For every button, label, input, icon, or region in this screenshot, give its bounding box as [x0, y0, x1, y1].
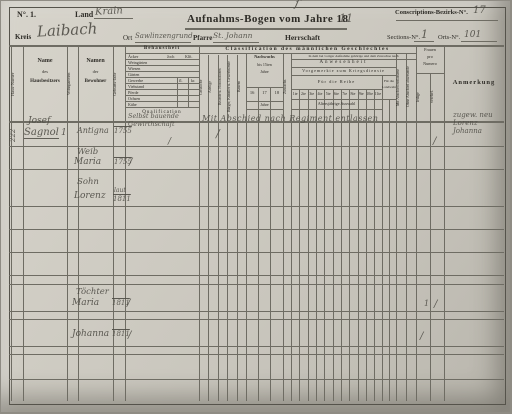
behaustheit-item: Wiesen [128, 66, 140, 71]
class-cell: 4te [316, 91, 324, 96]
vorgemerkte-band: Vorgemerkte zum Kriegsdienste [291, 68, 396, 73]
frauen-box-title2: pro [416, 54, 444, 59]
landwehr-box-line2: Landwehr [382, 85, 396, 89]
class-column-adelige: Adelige [208, 55, 218, 119]
ort-label: Ort [123, 34, 132, 42]
class-column-beamte: Beamte u. Honoratioren [218, 55, 227, 119]
reihe-band: Für die Reihe [291, 79, 382, 84]
grid-hline [125, 107, 199, 108]
grid-vline [78, 45, 79, 401]
hw-resident-1-name: Antigna [77, 126, 109, 135]
nachwuchs-age-cells: 16 17 18 [246, 90, 283, 95]
class-cell: 10te [365, 91, 373, 96]
grid-vline [389, 99, 390, 401]
gewerbe-kr-unit: kr. [191, 78, 195, 83]
class-number-cells: 1te 2te 3te 4te 5te 6te 7te 8te 9te 10te… [291, 91, 382, 96]
gewerbe-mini-title: Gewerbe [128, 78, 143, 83]
hw-resident-2-relation: Weib [77, 147, 98, 157]
anwesenheit-band: Anwesenheit [291, 60, 396, 65]
scanned-census-form: N°. 1. Land Krain Aufnahms-Bogen vom Jah… [0, 0, 512, 414]
hw-land-value: Krain [95, 5, 123, 17]
grid-hline [291, 75, 396, 76]
hw-pfarre-value: St. Johann [213, 31, 252, 40]
behaustheit-title: Behaustheit [125, 46, 199, 51]
hw-resident-3-relation: Sohn [77, 177, 99, 187]
behaustheit-unit-klafter: Klft. [185, 54, 192, 59]
hw-owner-first-name: Josef [28, 116, 50, 126]
grid-hline [246, 87, 283, 88]
grid-vline [177, 77, 178, 107]
hw-sections-value: 1 [421, 28, 428, 41]
herrschaft-label: Herrschaft [285, 33, 320, 42]
gewerbe-fl-unit: fl. [179, 78, 182, 83]
household-parties-column-header: Wohnparteien [67, 49, 78, 119]
hw-resident-4-count-mark: 1 [424, 299, 429, 308]
frauen-box-title3: Numero [416, 61, 444, 66]
grid-hline [9, 284, 504, 285]
zuwachs-column-header: Zuwachs [283, 55, 291, 119]
grid-hline [291, 89, 382, 90]
absent-with-discharge-column: Mit Abschied entlassene [396, 55, 406, 119]
owner-column-header-1: Name [23, 58, 67, 64]
grid-hline [213, 42, 259, 43]
grid-hline [461, 41, 497, 42]
hw-resident-5-right-checkmark: / [420, 331, 423, 342]
hw-qualification-checkmark: / [168, 137, 171, 147]
nachwuchs-sub2: Jahre [246, 69, 283, 74]
class-column-geistliche: Geistliche [199, 55, 208, 119]
hw-remark-checkmark: / [433, 136, 436, 147]
grid-hline [9, 206, 504, 207]
hw-class-checkmark: / [216, 127, 220, 140]
page-title: Aufnahms-Bogen vom Jahre 18 [187, 13, 349, 25]
nachwuchs-sub1: bis 15ten [246, 62, 283, 67]
anmerkung-column-header: Anmerkung [444, 79, 504, 86]
hw-ort-value: Sawlinzengrund [135, 32, 193, 40]
frauen-married-column: verehel. [430, 75, 444, 119]
class-column-bauern: Bauern [237, 55, 246, 119]
class-cell: 5te [324, 91, 332, 96]
grid-hline [396, 20, 498, 21]
grid-hline [291, 109, 382, 110]
orts-label: Orts-N°. [438, 34, 460, 41]
vieh-row: Kühe [128, 102, 137, 107]
hw-remark-line3: Johanna [453, 127, 482, 135]
vieh-row: Viehstand [128, 84, 144, 89]
hw-qualification-line2: Gewirthschaft [128, 120, 175, 128]
hw-parties-count: 1 [61, 128, 67, 138]
grid-hline [9, 354, 504, 355]
grid-hline [9, 252, 504, 253]
behaustheit-unit-joch: Joch [167, 54, 174, 59]
grid-hline [135, 42, 191, 43]
grid-hline [9, 311, 504, 312]
hw-title-year: 11 [339, 12, 353, 25]
hw-kreis-value: Laibach [37, 19, 98, 40]
hw-resident-4-name: Maria [72, 298, 99, 308]
frauen-box-title1: Frauen [416, 47, 444, 52]
class-column-gewerbsleute: Bürger, Künstler u. Gewerbsleute [227, 55, 237, 119]
hw-orts-value: 101 [464, 30, 481, 40]
grid-hline [9, 275, 504, 276]
hw-resident-3-note: laut [114, 187, 126, 194]
grid-hline [185, 28, 347, 30]
class-cell: 2te [299, 91, 307, 96]
vieh-row: Ochsen [128, 96, 140, 101]
class-cell: 3te [308, 91, 316, 96]
grid-vline [23, 45, 24, 401]
grid-hline [416, 73, 444, 74]
form-number: N°. 1. [17, 10, 36, 19]
house-number-column-header: Haus-Numer [11, 49, 23, 119]
owner-column-header-3: Hausbesitzers [23, 79, 67, 84]
hw-owner-last-name: Sagnol [24, 127, 59, 139]
grid-hline [9, 319, 504, 320]
landwehr-box-line1: Für die [382, 79, 396, 83]
behaustheit-item: Gärten [128, 72, 139, 77]
grid-hline [9, 379, 504, 380]
owner-column-header-2: des [23, 69, 67, 74]
residents-column-header-3: Bewohner [78, 79, 113, 84]
hw-resident-2-name: Maria [74, 157, 101, 167]
hw-resident-3-birthyear: 1811 [113, 195, 131, 203]
hw-resident-1-birthyear: 1755 [114, 127, 132, 135]
class-cell: 11te [374, 91, 382, 96]
kreis-label: Kreis [15, 33, 31, 41]
nachwuchs-band: Jahre [246, 102, 283, 107]
land-label: Land [75, 10, 93, 19]
pfarre-label: Pfarre [193, 34, 212, 42]
classification-title: Classification des männlichen Geschlecht… [199, 46, 416, 52]
behaustheit-item: Weingärten [128, 60, 147, 65]
paper-sheet: N°. 1. Land Krain Aufnahms-Bogen vom Jah… [1, 1, 510, 412]
hw-resident-5-name: Johanna [72, 329, 109, 339]
residents-column-header-1: Namen [78, 58, 113, 64]
hw-resident-2-checkmark: / [129, 157, 132, 168]
grid-hline [246, 109, 283, 110]
age-cell: 16 [246, 90, 258, 95]
hw-resident-4-checkmark: / [127, 298, 130, 309]
grid-vline [188, 77, 189, 107]
grid-hline [94, 18, 133, 19]
residents-column-header-2: der [78, 69, 113, 74]
class-cell: 1te [291, 91, 299, 96]
hw-qualification-line1: Selbst bauende [128, 112, 179, 120]
class-cell: 8te [349, 91, 357, 96]
birth-year-column-header: Geburts-Jahr [113, 49, 125, 119]
frauen-single-column: ledige [416, 75, 430, 119]
hw-resident-4-right-checkmark: / [434, 299, 437, 310]
absent-without-discharge-column: Ohne Abschied abwesende [406, 55, 416, 119]
grid-hline [414, 41, 434, 42]
hw-house-number: 222 [10, 125, 22, 145]
behaustheit-item: Äcker [128, 54, 138, 59]
grid-vline [382, 75, 383, 401]
hw-resident-4-relation: Töchter [76, 287, 109, 297]
hw-discharge-note: Mit Abschied nach Regiment entlassen [202, 114, 378, 123]
grid-vline [444, 45, 445, 401]
conscription-district-label: Conscriptions-Bezirks-N°. [395, 9, 468, 16]
age-cell: 17 [258, 90, 270, 95]
sections-label: Sections-N°. [387, 34, 420, 41]
hw-remark-line2: Lorenz [453, 119, 478, 127]
vieh-row: Pferde [128, 90, 138, 95]
hw-resident-5-checkmark: / [128, 330, 131, 341]
grid-hline [9, 229, 504, 230]
auswahl-band: Altersjährige Auswahl [291, 101, 382, 106]
grid-hline [291, 99, 396, 100]
grid-hline [9, 169, 504, 170]
grid-vline [125, 45, 126, 401]
nachwuchs-title: Nachwuchs [246, 54, 283, 59]
hw-conscription-district-value: 17 [473, 5, 486, 16]
grid-hline [9, 346, 504, 347]
class-cell: 7te [341, 91, 349, 96]
class-cell: 9te [357, 91, 365, 96]
hw-remark-line1: zugew. neu [453, 111, 493, 119]
hw-resident-3-name: Lorenz [74, 191, 106, 201]
class-cell: 6te [332, 91, 340, 96]
